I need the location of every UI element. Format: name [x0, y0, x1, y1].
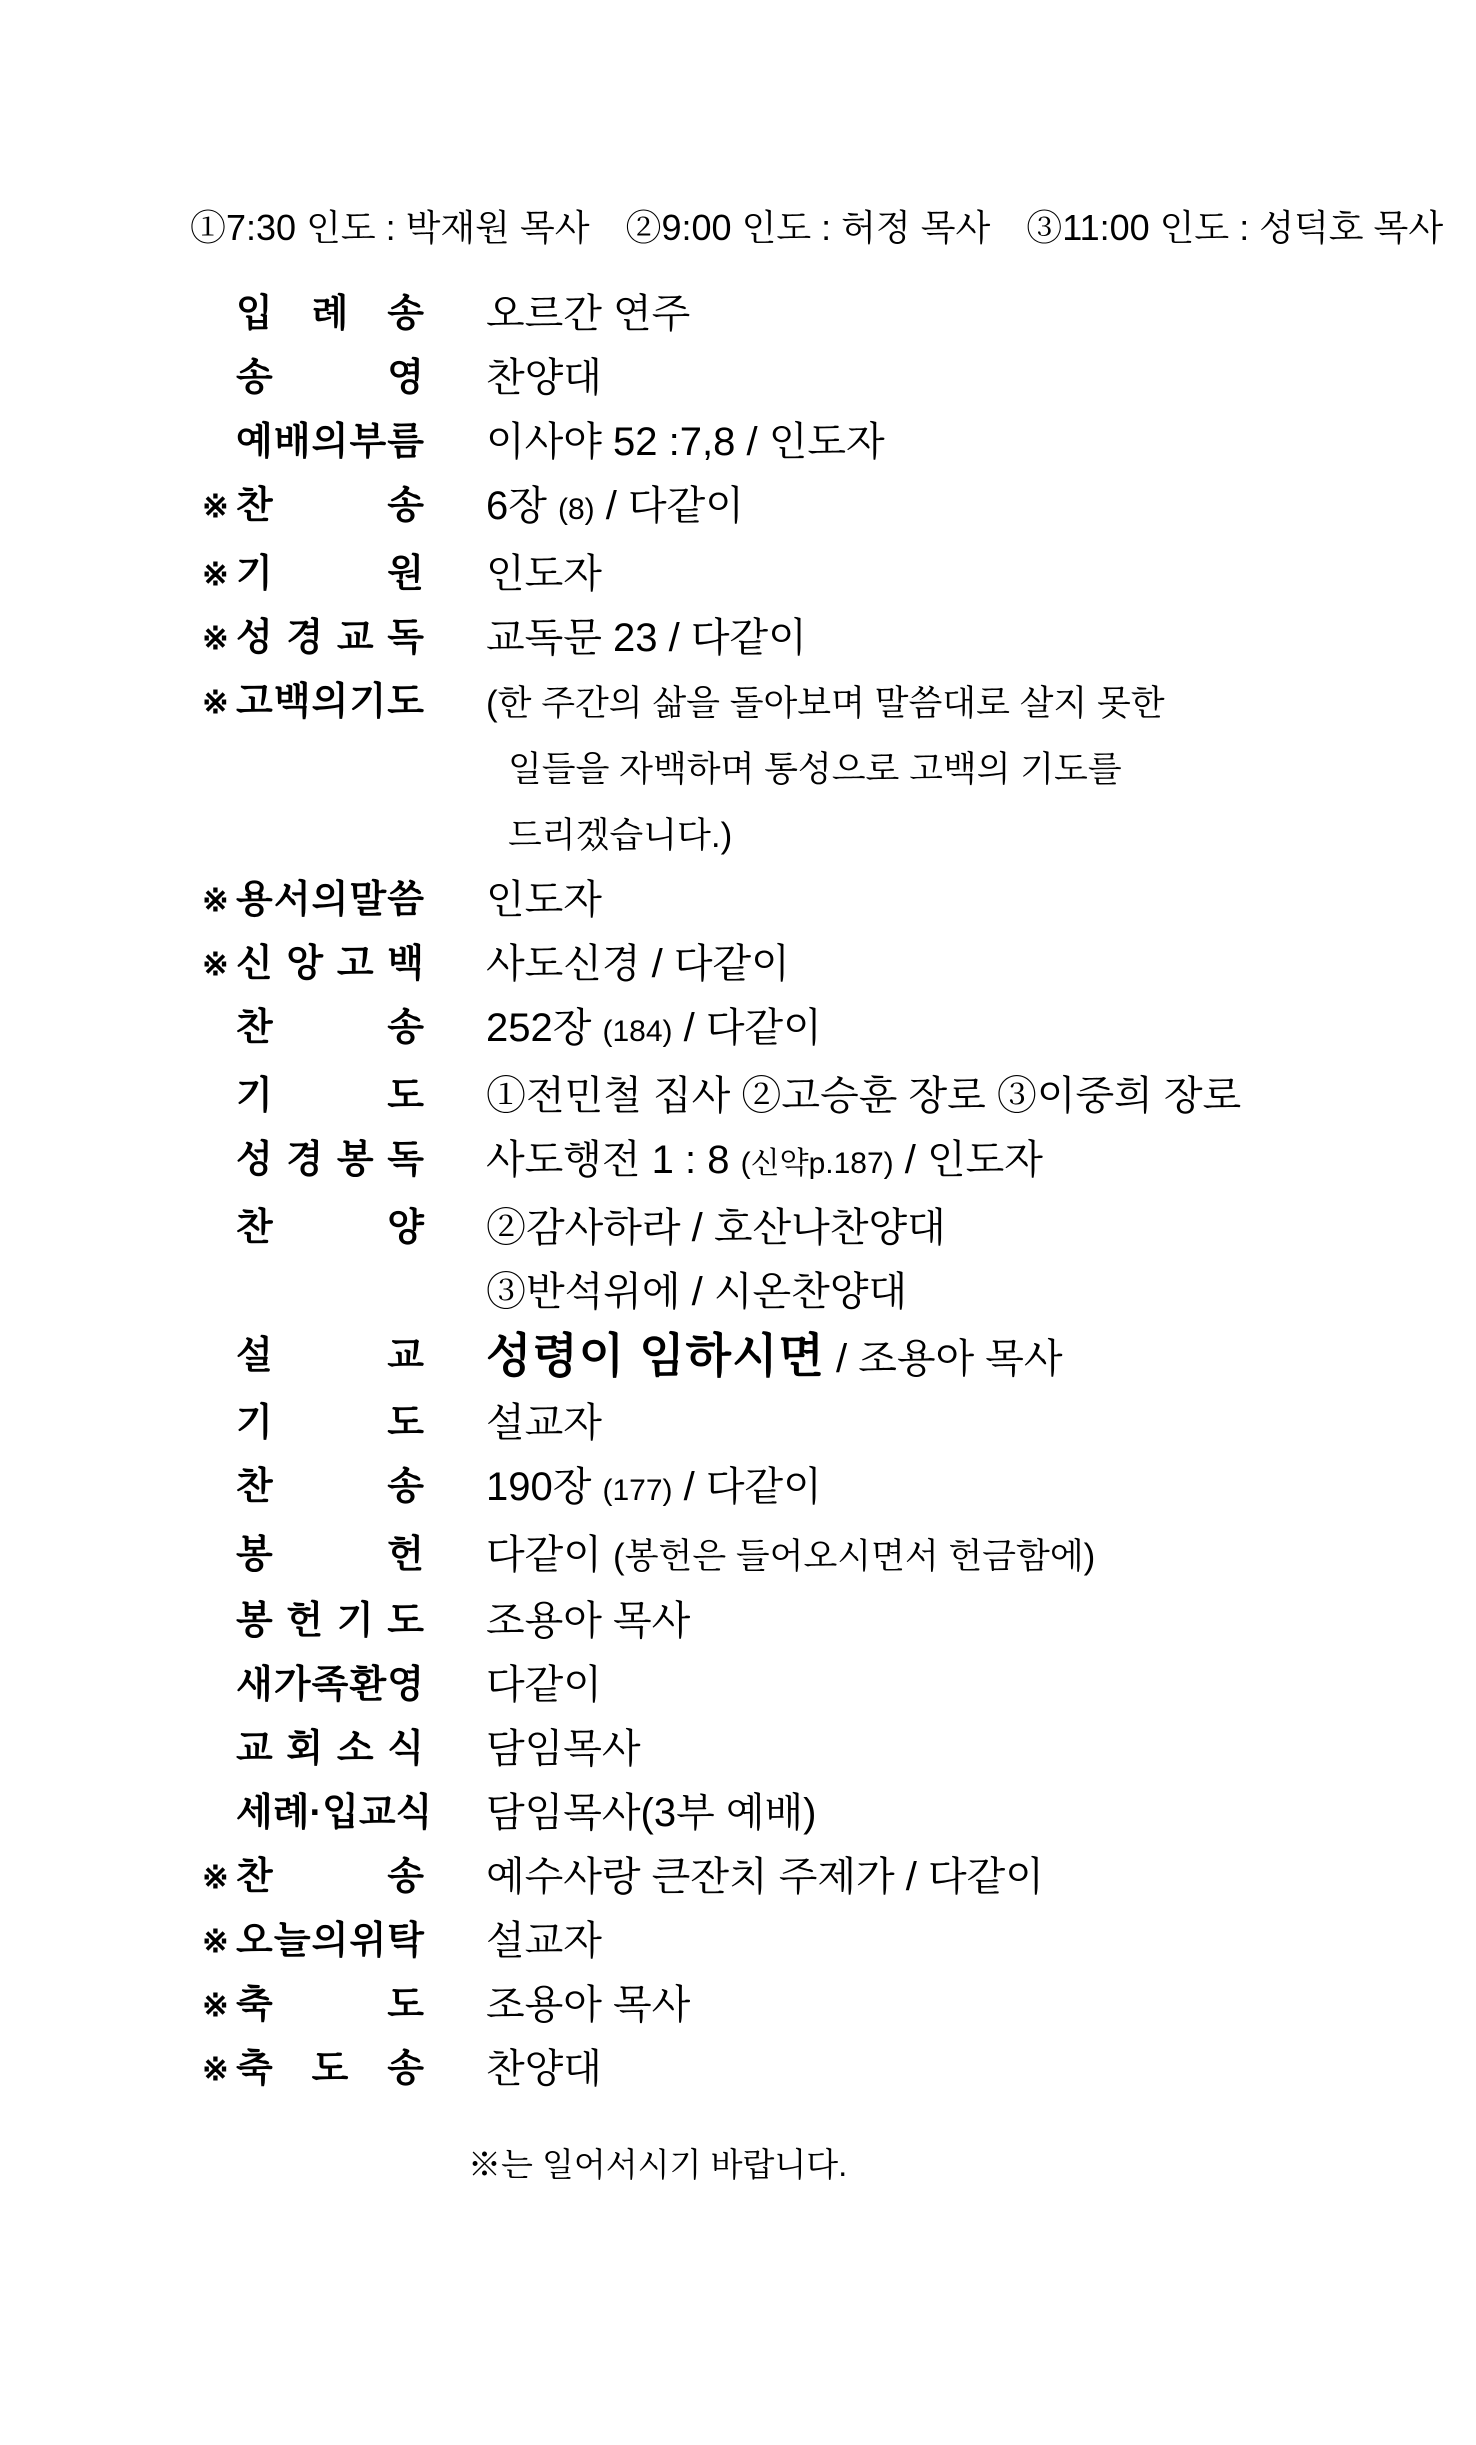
- label-char: 입: [236, 295, 273, 333]
- value-segment: 오르간 연주: [486, 292, 690, 336]
- item-value: 사도신경 / 다같이: [486, 932, 790, 996]
- value-segment: 설교자: [486, 1919, 602, 1963]
- label-char: 서: [274, 881, 311, 919]
- item-label: 입례송: [236, 295, 424, 333]
- item-value: 담임목사(3부 예배): [486, 1781, 816, 1845]
- item-value-line: 다같이: [486, 1653, 602, 1717]
- item-value: ②감사하라 / 호산나찬양대③반석위에 / 시온찬양대: [486, 1196, 946, 1324]
- item-value: 찬양대: [486, 346, 602, 410]
- item-label: 축도송: [236, 2050, 424, 2088]
- item-value-line: 설교자: [486, 1909, 602, 1973]
- value-segment: ③반석위에 / 시온찬양대: [486, 1270, 907, 1314]
- item-label-cell: 송영: [202, 346, 424, 410]
- item-label-cell: 세례·입교식: [202, 1781, 424, 1845]
- worship-item-row: 기도①전민철 집사 ②고승훈 장로 ③이중희 장로: [202, 1064, 1436, 1128]
- item-value-line: 찬양대: [486, 2037, 602, 2101]
- label-char: 독: [387, 619, 424, 657]
- label-char: 도: [387, 683, 424, 721]
- item-value-line: 6장 (8) / 다같이: [486, 474, 744, 542]
- label-char: 송: [387, 1009, 424, 1047]
- item-label-cell: 입례송: [202, 282, 424, 346]
- label-char: 성: [236, 1141, 273, 1179]
- item-label-cell: ※기원: [202, 542, 424, 606]
- label-char: 송: [236, 359, 273, 397]
- label-char: 예: [236, 423, 273, 461]
- label-char: 도: [312, 2050, 349, 2088]
- value-segment: 예수사랑 큰잔치 주제가 / 다같이: [486, 1855, 1044, 1899]
- standing-marker: ※: [202, 686, 236, 718]
- label-char: 가: [274, 1666, 311, 1704]
- item-label: 찬송: [236, 1468, 424, 1506]
- worship-item-row: ※신앙고백사도신경 / 다같이: [202, 932, 1436, 996]
- bulletin-page: ①7:30 인도 : 박재원 목사 ②9:00 인도 : 허정 목사 ③11:0…: [0, 0, 1476, 2445]
- value-segment: 일들을 자백하며 통성으로 고백의 기도를: [508, 750, 1122, 789]
- label-char: 백: [274, 683, 311, 721]
- item-value-line: 190장 (177) / 다같이: [486, 1455, 822, 1523]
- value-segment: 담임목사(3부 예배): [486, 1791, 816, 1835]
- value-segment: / 인도자: [894, 1138, 1043, 1182]
- label-char: 축: [236, 1986, 273, 2024]
- value-segment: 찬양대: [486, 356, 602, 400]
- value-segment: 6장: [486, 484, 558, 528]
- label-char: 소: [337, 1730, 374, 1768]
- item-value-line: 오르간 연주: [486, 282, 690, 346]
- label-char: 교: [337, 619, 374, 657]
- item-label: 신앙고백: [236, 945, 424, 983]
- item-label-cell: 찬송: [202, 996, 424, 1060]
- label-char: 교: [236, 1730, 273, 1768]
- label-char: 교: [387, 1337, 424, 1375]
- label-char: 송: [387, 1858, 424, 1896]
- value-segment: / 다같이: [673, 1006, 822, 1050]
- standing-marker: ※: [202, 1861, 236, 1893]
- label-char: 기: [337, 1602, 374, 1640]
- item-value-line: 설교자: [486, 1391, 602, 1455]
- value-segment: ①전민철 집사 ②고승훈 장로 ③이중희 장로: [486, 1074, 1241, 1118]
- standing-marker: ※: [202, 490, 236, 522]
- value-segment: (177): [603, 1474, 673, 1507]
- item-value-line: 사도행전 1 : 8 (신약p.187) / 인도자: [486, 1128, 1043, 1196]
- value-segment: 사도신경 / 다같이: [486, 942, 790, 986]
- value-segment: 찬양대: [486, 2047, 602, 2091]
- item-value: 담임목사: [486, 1717, 641, 1781]
- label-char: 의: [312, 683, 349, 721]
- item-value-line: ③반석위에 / 시온찬양대: [486, 1260, 946, 1324]
- worship-item-row: ※찬송예수사랑 큰잔치 주제가 / 다같이: [202, 1845, 1436, 1909]
- item-value-line: 다같이 (봉헌은 들어오시면서 헌금함에): [486, 1523, 1095, 1589]
- label-char: 식: [396, 1794, 433, 1832]
- worship-item-row: ※성경교독교독문 23 / 다같이: [202, 606, 1436, 670]
- worship-order-list: 입례송오르간 연주송영찬양대예배의부름이사야 52 :7,8 / 인도자※찬송6…: [202, 282, 1436, 2101]
- item-label-cell: 찬송: [202, 1455, 424, 1519]
- label-char: 영: [387, 1666, 424, 1704]
- worship-item-row: 새가족환영다같이: [202, 1653, 1436, 1717]
- item-label: 기원: [236, 555, 424, 593]
- item-value-line: 조용아 목사: [486, 1973, 690, 2037]
- label-char: 씀: [387, 881, 424, 919]
- label-char: ·: [309, 1794, 322, 1832]
- item-label: 찬양: [236, 1209, 424, 1247]
- label-char: 식: [387, 1730, 424, 1768]
- worship-item-row: 봉헌다같이 (봉헌은 들어오시면서 헌금함에): [202, 1523, 1436, 1589]
- value-segment: 다같이: [486, 1533, 613, 1577]
- item-label: 찬송: [236, 1858, 424, 1896]
- value-segment: 다같이: [486, 1663, 602, 1707]
- label-char: 의: [312, 423, 349, 461]
- worship-item-row: ※축도송찬양대: [202, 2037, 1436, 2101]
- item-label-cell: 예배의부름: [202, 410, 424, 474]
- value-segment: 교독문 23 / 다같이: [486, 616, 807, 660]
- label-char: 찬: [236, 1468, 273, 1506]
- label-char: 설: [236, 1337, 273, 1375]
- item-value: 설교자: [486, 1391, 602, 1455]
- label-char: 례: [273, 1794, 310, 1832]
- item-value-line: 인도자: [486, 868, 602, 932]
- standing-footnote: ※는 일어서시기 바랍니다.: [468, 2145, 1436, 2185]
- worship-item-row: 성경봉독사도행전 1 : 8 (신약p.187) / 인도자: [202, 1128, 1436, 1196]
- item-value: 설교자: [486, 1909, 602, 1973]
- label-char: 백: [387, 945, 424, 983]
- item-label-cell: 교회소식: [202, 1717, 424, 1781]
- label-char: 도: [387, 1077, 424, 1115]
- item-label-cell: ※찬송: [202, 1845, 424, 1909]
- item-label-cell: 설교: [202, 1324, 424, 1388]
- label-char: 송: [387, 2050, 424, 2088]
- item-value: 6장 (8) / 다같이: [486, 474, 744, 542]
- label-char: 탁: [387, 1922, 424, 1960]
- item-value-line: 일들을 자백하며 통성으로 고백의 기도를: [486, 736, 1165, 802]
- item-value: 조용아 목사: [486, 1973, 690, 2037]
- value-segment: 담임목사: [486, 1727, 641, 1771]
- worship-item-row: ※찬송6장 (8) / 다같이: [202, 474, 1436, 542]
- label-char: 기: [349, 683, 386, 721]
- label-char: 고: [337, 945, 374, 983]
- item-value-line: 예수사랑 큰잔치 주제가 / 다같이: [486, 1845, 1044, 1909]
- label-char: 환: [349, 1666, 386, 1704]
- label-char: 새: [236, 1666, 273, 1704]
- label-char: 독: [387, 1141, 424, 1179]
- value-segment: 성령이 임하시면: [486, 1329, 825, 1382]
- value-segment: (8): [558, 493, 595, 526]
- item-value-line: 252장 (184) / 다같이: [486, 996, 822, 1064]
- item-label: 새가족환영: [236, 1666, 424, 1704]
- item-label: 용서의말씀: [236, 881, 424, 919]
- item-value: 252장 (184) / 다같이: [486, 996, 822, 1064]
- item-label: 성경교독: [236, 619, 424, 657]
- value-segment: 사도행전 1 : 8: [486, 1138, 741, 1182]
- item-value: 교독문 23 / 다같이: [486, 606, 807, 670]
- value-segment: 이사야 52 :7,8 / 인도자: [486, 420, 885, 464]
- item-label: 세례·입교식: [236, 1794, 432, 1832]
- item-label-cell: ※찬송: [202, 474, 424, 538]
- standing-marker: ※: [202, 1989, 236, 2021]
- item-label: 봉헌: [236, 1536, 424, 1574]
- worship-item-row: 찬송190장 (177) / 다같이: [202, 1455, 1436, 1523]
- item-value: 다같이: [486, 1653, 602, 1717]
- standing-marker: ※: [202, 2053, 236, 2085]
- item-label-cell: ※오늘의위탁: [202, 1909, 424, 1973]
- item-value: 이사야 52 :7,8 / 인도자: [486, 410, 885, 474]
- label-char: 봉: [236, 1536, 273, 1574]
- item-value-line: ①전민철 집사 ②고승훈 장로 ③이중희 장로: [486, 1064, 1241, 1128]
- label-char: 위: [349, 1922, 386, 1960]
- value-segment: 조용아 목사: [486, 1983, 690, 2027]
- item-label-cell: 기도: [202, 1391, 424, 1455]
- label-char: 봉: [337, 1141, 374, 1179]
- label-char: 양: [387, 1209, 424, 1247]
- label-char: 헌: [286, 1602, 323, 1640]
- item-value: 오르간 연주: [486, 282, 690, 346]
- item-value-line: 사도신경 / 다같이: [486, 932, 790, 996]
- worship-item-row: 예배의부름이사야 52 :7,8 / 인도자: [202, 410, 1436, 474]
- label-char: 세: [236, 1794, 273, 1832]
- item-label: 찬송: [236, 487, 424, 525]
- worship-item-row: ※용서의말씀인도자: [202, 868, 1436, 932]
- item-label-cell: ※성경교독: [202, 606, 424, 670]
- label-char: 축: [236, 2050, 273, 2088]
- item-value: 인도자: [486, 868, 602, 932]
- item-label-cell: 성경봉독: [202, 1128, 424, 1192]
- item-value: 사도행전 1 : 8 (신약p.187) / 인도자: [486, 1128, 1043, 1196]
- label-char: 오: [236, 1922, 273, 1960]
- item-value-line: ②감사하라 / 호산나찬양대: [486, 1196, 946, 1260]
- service-times-header: ①7:30 인도 : 박재원 목사 ②9:00 인도 : 허정 목사 ③11:0…: [190, 206, 1436, 250]
- item-value-line: 교독문 23 / 다같이: [486, 606, 807, 670]
- label-char: 용: [236, 881, 273, 919]
- label-char: 기: [236, 1077, 273, 1115]
- item-label-cell: 봉헌기도: [202, 1589, 424, 1653]
- label-char: 송: [387, 487, 424, 525]
- label-char: 의: [312, 1922, 349, 1960]
- label-char: 송: [387, 1468, 424, 1506]
- label-char: 도: [387, 1404, 424, 1442]
- value-segment: / 다같이: [595, 484, 744, 528]
- label-char: 원: [387, 555, 424, 593]
- worship-item-row: 설교성령이 임하시면 / 조용아 목사: [202, 1324, 1436, 1391]
- item-label: 고백의기도: [236, 683, 424, 721]
- item-label: 기도: [236, 1404, 424, 1442]
- item-label: 교회소식: [236, 1730, 424, 1768]
- label-char: 앙: [286, 945, 323, 983]
- item-label: 예배의부름: [236, 423, 424, 461]
- item-label: 봉헌기도: [236, 1602, 424, 1640]
- label-char: 찬: [236, 487, 273, 525]
- value-segment: (신약p.187): [741, 1147, 894, 1180]
- label-char: 신: [236, 945, 273, 983]
- label-char: 고: [236, 683, 273, 721]
- item-value: 190장 (177) / 다같이: [486, 1455, 822, 1523]
- label-char: 헌: [387, 1536, 424, 1574]
- label-char: 배: [274, 423, 311, 461]
- item-label: 오늘의위탁: [236, 1922, 424, 1960]
- label-char: 교: [359, 1794, 396, 1832]
- value-segment: 252장: [486, 1006, 603, 1050]
- value-segment: 인도자: [486, 552, 602, 596]
- value-segment: ②감사하라 / 호산나찬양대: [486, 1206, 946, 1250]
- value-segment: 조용아 목사: [486, 1599, 690, 1643]
- value-segment: / 다같이: [673, 1465, 822, 1509]
- item-label: 찬송: [236, 1009, 424, 1047]
- standing-marker: ※: [202, 622, 236, 654]
- label-char: 입: [322, 1794, 359, 1832]
- item-label: 송영: [236, 359, 424, 397]
- value-segment: (봉헌은 들어오시면서 헌금함에): [613, 1537, 1095, 1576]
- item-value-line: (한 주간의 삶을 돌아보며 말씀대로 살지 못한: [486, 670, 1165, 736]
- worship-item-row: 봉헌기도조용아 목사: [202, 1589, 1436, 1653]
- worship-item-row: 교회소식담임목사: [202, 1717, 1436, 1781]
- item-label-cell: 봉헌: [202, 1523, 424, 1587]
- label-char: 름: [387, 423, 424, 461]
- item-value: ①전민철 집사 ②고승훈 장로 ③이중희 장로: [486, 1064, 1241, 1128]
- item-label: 설교: [236, 1337, 424, 1375]
- worship-item-row: 찬양②감사하라 / 호산나찬양대③반석위에 / 시온찬양대: [202, 1196, 1436, 1324]
- item-value: 성령이 임하시면 / 조용아 목사: [486, 1324, 1063, 1391]
- label-char: 찬: [236, 1009, 273, 1047]
- item-label: 축도: [236, 1986, 424, 2024]
- label-char: 성: [236, 619, 273, 657]
- item-label-cell: 찬양: [202, 1196, 424, 1260]
- item-value-line: 담임목사(3부 예배): [486, 1781, 816, 1845]
- item-label-cell: ※고백의기도: [202, 670, 424, 734]
- label-char: 봉: [236, 1602, 273, 1640]
- label-char: 족: [312, 1666, 349, 1704]
- value-segment: 드리겠습니다.): [508, 816, 732, 855]
- label-char: 례: [312, 295, 349, 333]
- label-char: 도: [387, 1986, 424, 2024]
- label-char: 도: [387, 1602, 424, 1640]
- label-char: 찬: [236, 1858, 273, 1896]
- item-value: (한 주간의 삶을 돌아보며 말씀대로 살지 못한일들을 자백하며 통성으로 고…: [486, 670, 1165, 868]
- label-char: 부: [349, 423, 386, 461]
- label-char: 찬: [236, 1209, 273, 1247]
- label-char: 회: [286, 1730, 323, 1768]
- label-char: 말: [349, 881, 386, 919]
- label-char: 송: [387, 295, 424, 333]
- worship-item-row: 송영찬양대: [202, 346, 1436, 410]
- standing-marker: ※: [202, 884, 236, 916]
- value-segment: 설교자: [486, 1401, 602, 1445]
- label-char: 기: [236, 555, 273, 593]
- item-value: 찬양대: [486, 2037, 602, 2101]
- label-char: 의: [312, 881, 349, 919]
- worship-item-row: 찬송252장 (184) / 다같이: [202, 996, 1436, 1064]
- worship-item-row: ※오늘의위탁설교자: [202, 1909, 1436, 1973]
- item-value-line: 성령이 임하시면 / 조용아 목사: [486, 1324, 1063, 1391]
- item-value-line: 인도자: [486, 542, 602, 606]
- item-label-cell: ※용서의말씀: [202, 868, 424, 932]
- worship-item-row: 입례송오르간 연주: [202, 282, 1436, 346]
- item-label-cell: ※신앙고백: [202, 932, 424, 996]
- item-value-line: 찬양대: [486, 346, 602, 410]
- standing-marker: ※: [202, 558, 236, 590]
- item-label-cell: ※축도송: [202, 2037, 424, 2101]
- label-char: 늘: [274, 1922, 311, 1960]
- value-segment: (184): [603, 1015, 673, 1048]
- item-label-cell: ※축도: [202, 1973, 424, 2037]
- item-value-line: 이사야 52 :7,8 / 인도자: [486, 410, 885, 474]
- label-char: 경: [286, 1141, 323, 1179]
- item-label-cell: 기도: [202, 1064, 424, 1128]
- standing-marker: ※: [202, 1925, 236, 1957]
- item-value-line: 드리겠습니다.): [486, 802, 1165, 868]
- value-segment: 인도자: [486, 878, 602, 922]
- item-value: 예수사랑 큰잔치 주제가 / 다같이: [486, 1845, 1044, 1909]
- standing-marker: ※: [202, 948, 236, 980]
- value-segment: (한 주간의 삶을 돌아보며 말씀대로 살지 못한: [486, 684, 1165, 723]
- value-segment: 190장: [486, 1465, 603, 1509]
- worship-item-row: 기도설교자: [202, 1391, 1436, 1455]
- worship-item-row: 세례·입교식담임목사(3부 예배): [202, 1781, 1436, 1845]
- item-label: 성경봉독: [236, 1141, 424, 1179]
- item-value: 다같이 (봉헌은 들어오시면서 헌금함에): [486, 1523, 1095, 1589]
- label-char: 경: [286, 619, 323, 657]
- item-value: 인도자: [486, 542, 602, 606]
- value-segment: / 조용아 목사: [825, 1337, 1063, 1381]
- item-label-cell: 새가족환영: [202, 1653, 424, 1717]
- item-label: 기도: [236, 1077, 424, 1115]
- label-char: 기: [236, 1404, 273, 1442]
- worship-item-row: ※기원인도자: [202, 542, 1436, 606]
- worship-item-row: ※축도조용아 목사: [202, 1973, 1436, 2037]
- item-value-line: 담임목사: [486, 1717, 641, 1781]
- label-char: 영: [387, 359, 424, 397]
- worship-item-row: ※고백의기도(한 주간의 삶을 돌아보며 말씀대로 살지 못한일들을 자백하며 …: [202, 670, 1436, 868]
- item-value-line: 조용아 목사: [486, 1589, 690, 1653]
- item-value: 조용아 목사: [486, 1589, 690, 1653]
